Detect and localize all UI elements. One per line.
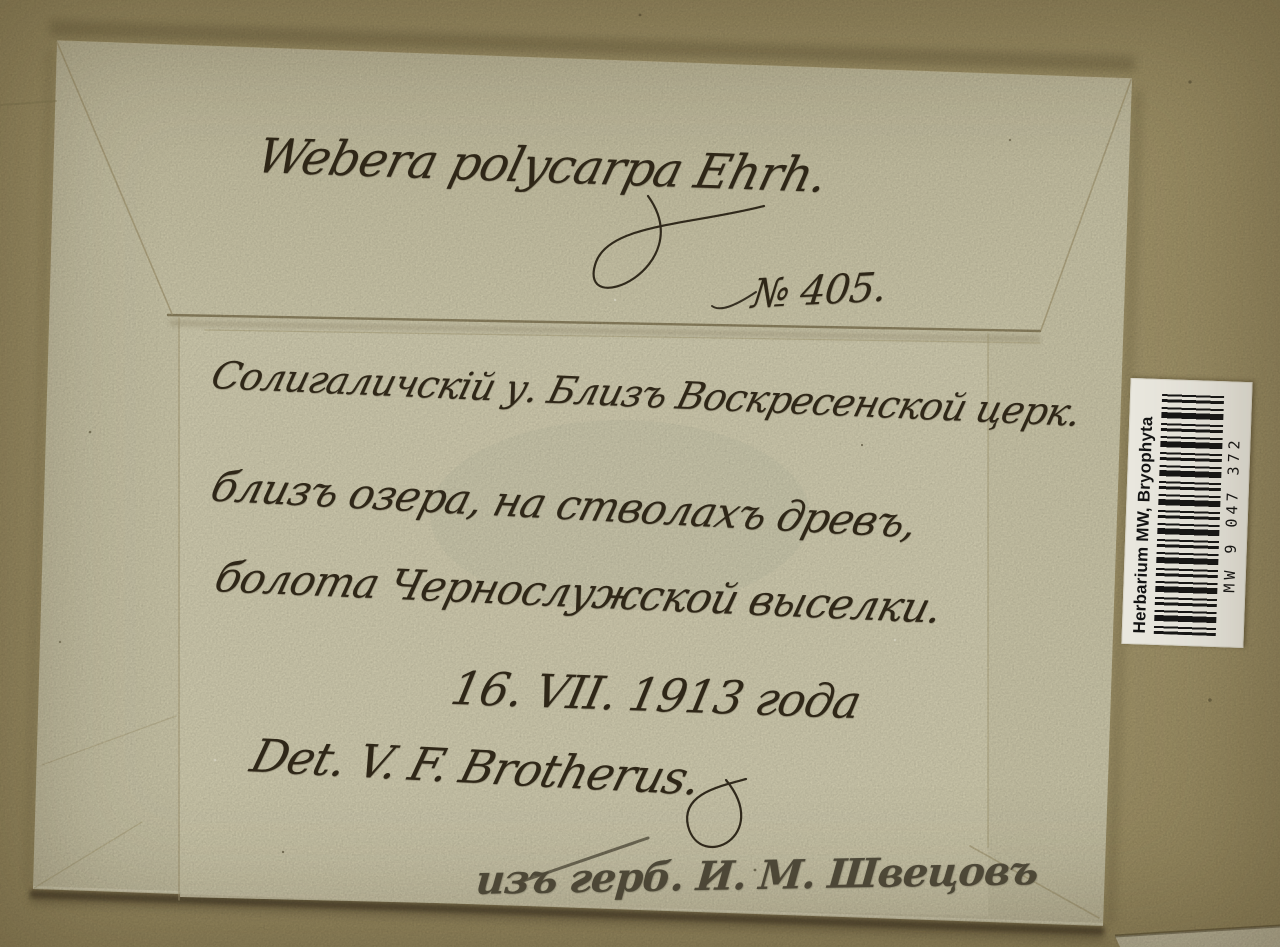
barcode-row: MW 9 047 372 (1154, 390, 1245, 637)
provenance-pencil-note: изъ герб. И. М. Швецовъ (474, 847, 1040, 904)
barcode-label: Herbarium MW, Bryophyta MW 9 047 372 (1121, 378, 1252, 648)
barcode-bars-icon (1154, 390, 1224, 636)
herbarium-specimen-photo: Webera polycarpa Ehrh. № 405. Солигаличс… (0, 0, 1280, 947)
collection-number-handwriting: № 405. (749, 264, 888, 317)
institution-text: Herbarium MW, Bryophyta (1130, 389, 1159, 634)
